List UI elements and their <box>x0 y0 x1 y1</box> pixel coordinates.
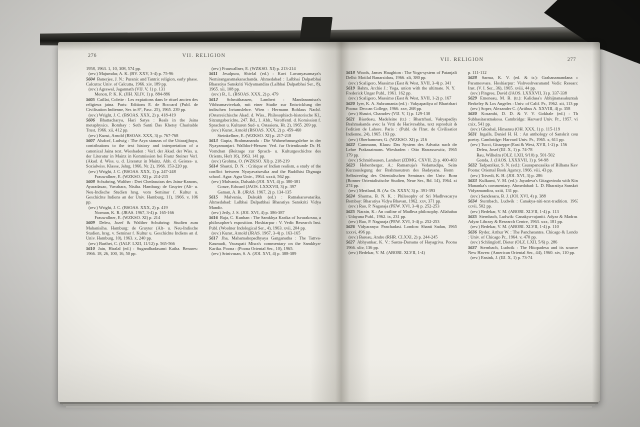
bib-entry-5624: 5624 Sharma, B. N. K. : Philosophy of Sr… <box>346 193 457 203</box>
left-page-header: 276 VII. RELIGION <box>86 53 322 62</box>
entry-number: 5630 <box>468 111 477 116</box>
page-right-edge-shadow <box>592 42 600 402</box>
bib-entry-5623: 5623 Hohenberger, A.: Ramanuja's Vedanta… <box>346 163 457 189</box>
review-citation: (rev.) Srinivasan, S. A. (JOI. XVI, 4) p… <box>209 251 321 256</box>
entry-number: 5628 <box>468 75 477 80</box>
bib-entry-5625: 5625 Narain, K.: An outline of Madhva ph… <box>346 209 457 219</box>
entry-number: 5622 <box>346 142 355 147</box>
entry-number: 5609 <box>86 220 95 225</box>
entry-number: 5636 <box>468 229 477 234</box>
right-running-head: VII. RELIGION <box>440 57 483 63</box>
entry-number: 5607 <box>86 138 95 143</box>
entry-number: 5605 <box>86 97 95 102</box>
bib-entry-5627: 5627 Abhyankar, K. V.: Sastra-Darsana of… <box>346 240 457 250</box>
bib-entry-5611: 5611 Jesalpura, Shivlal (ed.) : Kavi Lav… <box>209 71 321 92</box>
bib-entry-5605: 5605 Caillat, Colette : Les expiations d… <box>86 97 198 112</box>
entry-number: 5608 <box>86 179 95 184</box>
open-book-spread: 276 VII. RELIGION 1958, 1963. 1, 10, 308… <box>58 42 600 402</box>
bib-entry-5632: 5632 Tadpatrikar, S. N. (ed.): Caurapanc… <box>468 163 579 173</box>
bib-entry-5609: 5609 Deleu, Jozef & Walther Schubring: S… <box>86 220 198 241</box>
bib-entry-5610: 5610 Jain, Hiralal (ed.) : Sugandhadasam… <box>86 246 198 256</box>
bib-entry-5607: 5607 Alsdorf, Ludwig : The Arya stanzas … <box>86 138 198 169</box>
entry-number: 5619 <box>346 85 355 90</box>
bib-entry-5630: 5630 Kosambi, D. D. & V. V. Gokhale (ed.… <box>468 111 579 126</box>
entry-number: 5625 <box>346 209 355 214</box>
bib-entry-5626: 5626 Vidyaranya: Panchadasi. London: Sha… <box>346 224 457 234</box>
entry-number: 5611 <box>209 71 218 76</box>
bib-entry-5612: 5612 Schmithausen, Lambert : Mandanamisr… <box>209 97 321 128</box>
right-page-column-2: p. 111-1125628 Sarma, K. V. (ed. & tr.):… <box>468 70 579 396</box>
entry-number: 5629 <box>468 96 477 101</box>
entry-number: 5614 <box>209 164 218 169</box>
entry-number: 5623 <box>346 163 355 168</box>
bib-entry-5617: 5617 Jha, Mahamahopadhyaya Ganganatha : … <box>209 236 321 251</box>
entry-number: 5604 <box>86 76 95 81</box>
left-page-columns: 1958, 1963. 1, 10, 308, 574 pp.(rev.) Ma… <box>86 66 322 392</box>
bib-entry-5628: 5628 Sarma, K. V. (ed. & tr.): Grahanama… <box>468 75 579 90</box>
right-page-columns: 5618 Woods, James Haughton : The Yoga-sy… <box>346 70 578 396</box>
left-page: 276 VII. RELIGION 1958, 1963. 1, 10, 308… <box>86 53 322 397</box>
entry-number: 5637 <box>468 245 477 250</box>
bib-entry-5622: 5622 Cammann, Klaus: Das System des Adva… <box>346 142 457 157</box>
entry-number: 5610 <box>86 246 95 251</box>
right-page-header: VII. RELIGION 277 <box>346 57 578 66</box>
entry-number: 5634 <box>468 199 477 204</box>
bib-entry-5621: 5621 Biardeau, Madeleine (tr.) : Bhartrh… <box>346 116 457 137</box>
left-page-number: 276 <box>88 53 97 59</box>
left-page-column-1: 1958, 1963. 1, 10, 308, 574 pp.(rev.) Ma… <box>86 66 198 392</box>
bib-entry-5637: 5637 Sternbach, Ludwik : The Hitopadesa … <box>468 245 579 255</box>
bib-entry-5631: 5631 Ingalls, Daniel H. H. : An antholog… <box>468 132 579 142</box>
bib-entry-5606: 5606 Bhattacharya, Hari Satya : Reals in… <box>86 117 198 132</box>
entry-number: 5617 <box>209 236 218 241</box>
entry-number: 5613 <box>209 138 218 143</box>
entry-number: 5627 <box>346 240 355 245</box>
bib-entry-5613: 5613 Gupta, Brahmananda : Die Wahrnehmun… <box>209 138 321 159</box>
right-page-number: 277 <box>567 57 576 63</box>
spine-bookmark-tab <box>299 17 332 43</box>
bib-entry-5618: 5618 Woods, James Haughton : The Yoga-sy… <box>346 70 457 80</box>
entry-number: 5632 <box>468 163 477 168</box>
right-page-column-1: 5618 Woods, James Haughton : The Yoga-sy… <box>346 70 457 396</box>
page-top-shadow <box>58 42 600 51</box>
left-running-head: VII. RELIGION <box>182 53 225 59</box>
entry-number: 5621 <box>346 116 355 121</box>
entry-number: 5624 <box>346 193 355 198</box>
entry-number: 5616 <box>209 215 218 220</box>
bib-entry-5636: 5636 Ryder, Arthur W. : The Panchatantra… <box>468 229 579 239</box>
bib-entry-5604: 5604 Banerjee, J. N.: Puranic and Tantri… <box>86 76 198 86</box>
entry-number: 5620 <box>346 101 355 106</box>
entry-number: 5635 <box>468 214 477 219</box>
bib-entry-5620: 5620 Iyer, K. A. Subramania (ed.) : Vaky… <box>346 101 457 111</box>
stacked-page-edges <box>60 402 598 409</box>
entry-number: 5633 <box>468 178 477 183</box>
bib-entry-5615: 5615 Malvania, Dalsukh (ed.) : Ratnakara… <box>209 195 321 210</box>
bib-entry-5616: 5616 Raja, C. Kunhan : The Samkhya Karik… <box>209 215 321 230</box>
left-page-column-2: (rev.) Frauwallner, E. (WZKSO. XI) p. 21… <box>209 66 321 392</box>
entry-number: 5618 <box>346 70 355 75</box>
entry-number: 5631 <box>468 132 477 137</box>
entry-number: 5615 <box>209 195 218 200</box>
scan-background: 276 VII. RELIGION 1958, 1963. 1, 10, 308… <box>0 0 640 427</box>
bib-entry-5635: 5635 Sternbach, Ludwik: Canakya-rajaniti… <box>468 214 579 224</box>
bib-entry-5608: 5608 Schubring, Walther : Drei Chedasutr… <box>86 179 198 205</box>
entry-number: 5626 <box>346 224 355 229</box>
bib-entry-5619: 5619 Bahm, Archie J.: Yoga, union with t… <box>346 85 457 95</box>
review-citation: (rev.) Ensink, J. (IIJ. X, 1) p. 73-74 <box>468 255 579 260</box>
right-page: VII. RELIGION 277 5618 Woods, James Haug… <box>346 57 578 397</box>
bib-entry-5629: 5629 Emeneau, M. B. (tr.): Kalidasa's Ab… <box>468 96 579 106</box>
review-citation: (rev.) Bedekar, V. M. (ABORI. XLVII, 1-4… <box>346 250 457 255</box>
bib-entry-5614: 5614 Shastri, D. N. : Critique of Indian… <box>209 164 321 179</box>
bib-entry-5634: 5634 Sternbach, Ludwik : Canakya-niti-te… <box>468 199 579 209</box>
entry-number: 5612 <box>209 97 218 102</box>
bib-entry-5633: 5633 Kulkarni, V. M. (ed.): Jayadeva's G… <box>468 178 579 193</box>
entry-number: 5606 <box>86 117 95 122</box>
page-edge-line <box>66 406 592 408</box>
